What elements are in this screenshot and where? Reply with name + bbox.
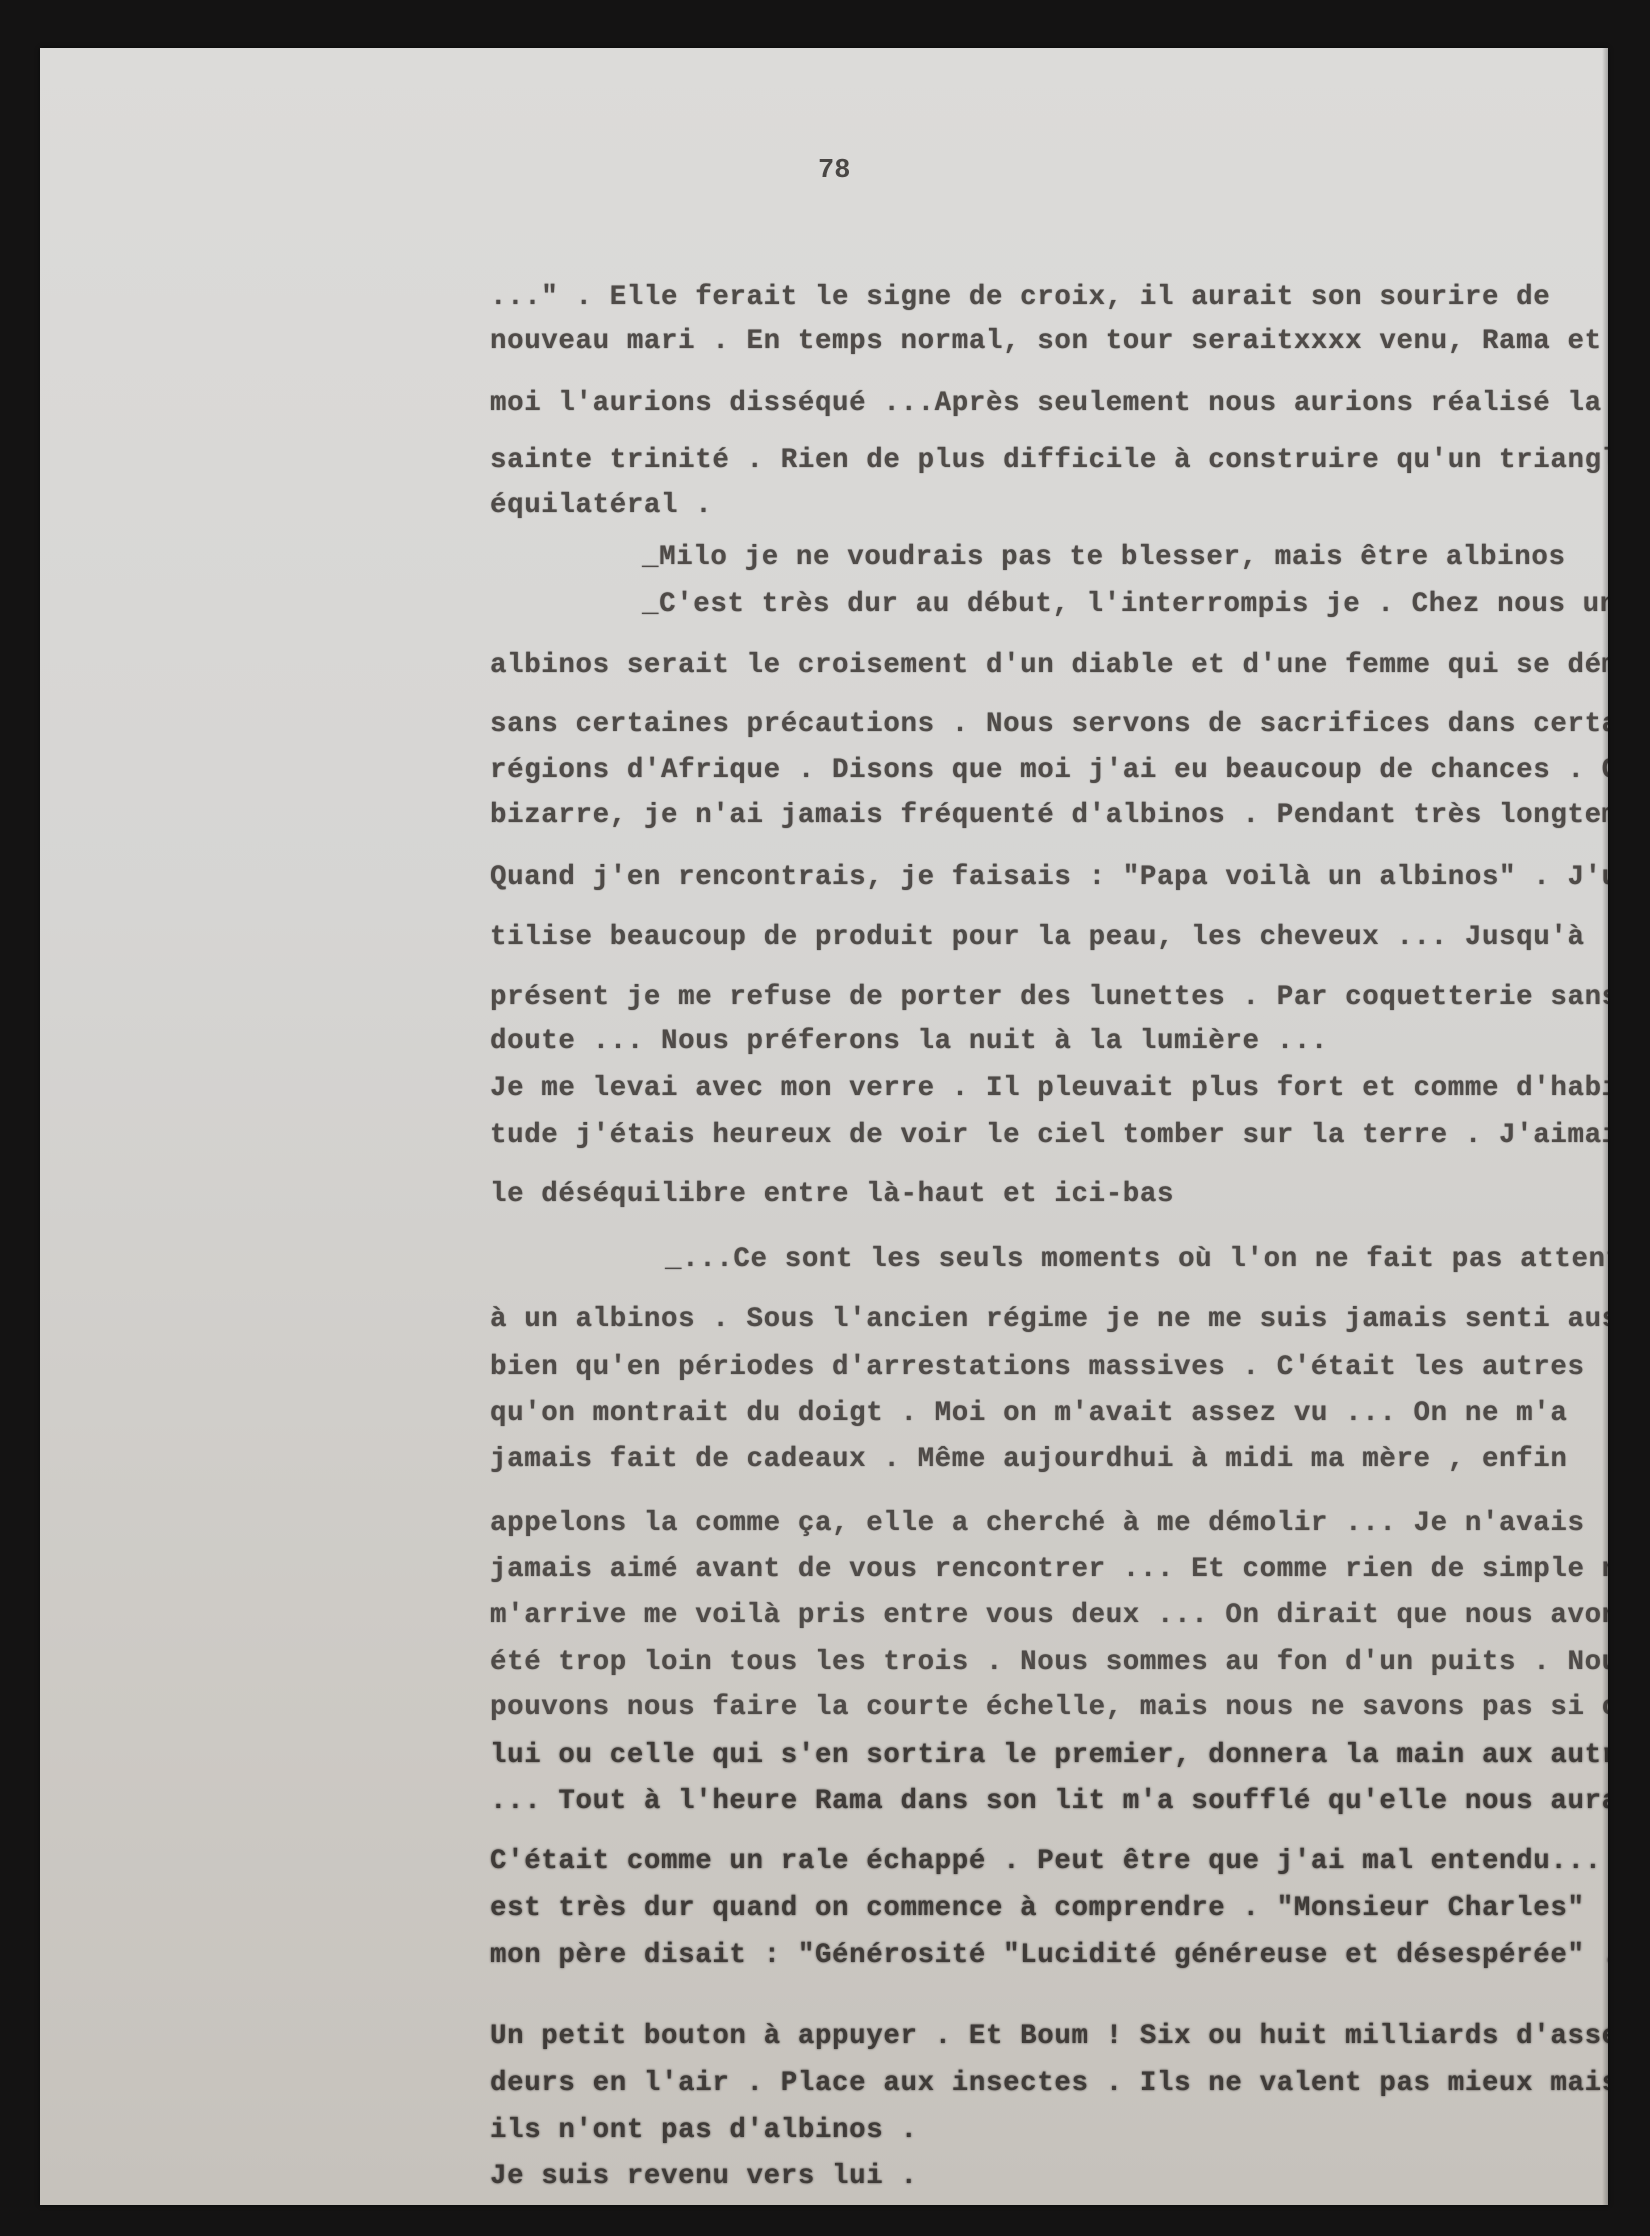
text-line: été trop loin tous les trois . Nous somm… <box>490 1647 1608 1678</box>
text-line: moi l'aurions disséqué ...Après seulemen… <box>490 388 1602 419</box>
text-line: tude j'étais heureux de voir le ciel tom… <box>490 1120 1608 1151</box>
text-line: jamais fait de cadeaux . Même aujourdhui… <box>490 1444 1567 1475</box>
text-line: tilise beaucoup de produit pour la peau,… <box>490 922 1585 953</box>
text-line: appelons la comme ça, elle a cherché à m… <box>490 1508 1585 1539</box>
text-line: lui ou celle qui s'en sortira le premier… <box>490 1740 1608 1771</box>
text-line: qu'on montrait du doigt . Moi on m'avait… <box>490 1398 1567 1429</box>
text-line: ..." . Elle ferait le signe de croix, il… <box>490 282 1550 313</box>
text-line: nouveau mari . En temps normal, son tour… <box>490 326 1602 357</box>
text-line: bizarre, je n'ai jamais fréquenté d'albi… <box>490 800 1608 831</box>
text-line: albinos serait le croisement d'un diable… <box>490 650 1608 681</box>
text-line: pouvons nous faire la courte échelle, ma… <box>490 1692 1608 1723</box>
dialogue-line: _C'est très dur au début, l'interrompis … <box>642 589 1608 620</box>
text-line: est très dur quand on commence à compren… <box>490 1893 1585 1924</box>
text-line: doute ... Nous préferons la nuit à la lu… <box>490 1026 1328 1057</box>
dialogue-line: _...Ce sont les seuls moments où l'on ne… <box>665 1244 1608 1275</box>
page-edge-shadow <box>1602 48 1608 2205</box>
page-number: 78 <box>818 156 850 186</box>
text-line: mon père disait : "Générosité "Lucidité … <box>490 1940 1608 1971</box>
dialogue-line: _Milo je ne voudrais pas te blesser, mai… <box>642 542 1566 573</box>
text-line: deurs en l'air . Place aux insectes . Il… <box>490 2068 1608 2099</box>
text-line: C'était comme un rale échappé . Peut êtr… <box>490 1846 1608 1877</box>
text-line: Je suis revenu vers lui . <box>490 2161 918 2192</box>
text-line: régions d'Afrique . Disons que moi j'ai … <box>490 755 1608 786</box>
text-line: présent je me refuse de porter des lunet… <box>490 982 1608 1013</box>
text-line: ... Tout à l'heure Rama dans son lit m'a… <box>490 1786 1608 1817</box>
text-line: jamais aimé avant de vous rencontrer ...… <box>490 1554 1608 1585</box>
text-line: sans certaines précautions . Nous servon… <box>490 709 1608 740</box>
text-line: le déséquilibre entre là-haut et ici-bas <box>490 1179 1174 1210</box>
typewritten-page: 78 ..." . Elle ferait le signe de croix,… <box>40 48 1608 2205</box>
text-line: Quand j'en rencontrais, je faisais : "Pa… <box>490 862 1608 893</box>
text-line: ils n'ont pas d'albinos . <box>490 2115 918 2146</box>
text-line: m'arrive me voilà pris entre vous deux .… <box>490 1600 1608 1631</box>
text-line: Un petit bouton à appuyer . Et Boum ! Si… <box>490 2021 1608 2052</box>
text-line: bien qu'en périodes d'arrestations massi… <box>490 1352 1585 1383</box>
text-line: Je me levai avec mon verre . Il pleuvait… <box>490 1073 1608 1104</box>
text-line: équilatéral . <box>490 490 712 521</box>
text-line: à un albinos . Sous l'ancien régime je n… <box>490 1304 1608 1335</box>
text-line: sainte trinité . Rien de plus difficile … <box>490 445 1608 476</box>
